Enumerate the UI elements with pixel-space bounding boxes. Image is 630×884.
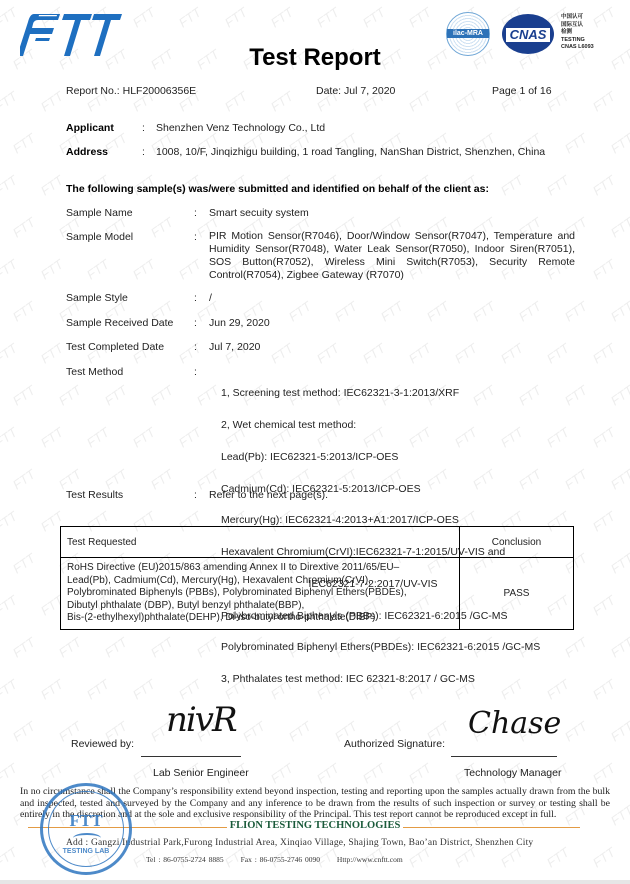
reviewer-role: Lab Senior Engineer: [153, 767, 249, 779]
sample-style-label: Sample Style: [66, 292, 128, 304]
page-number: Page 1 of 16: [492, 85, 552, 97]
cnas-icon: CNAS: [502, 14, 554, 54]
conclusion-cell: PASS: [460, 558, 574, 630]
method-line: 2, Wet chemical test method:: [221, 420, 540, 431]
method-line: 1, Screening test method: IEC62321-3-1:2…: [221, 388, 540, 399]
report-page: FTTFTTFTTFTTFTTFTTFTTFTTFTTFTTFTTFTTFTTF…: [0, 0, 630, 880]
sample-style-value: /: [209, 292, 212, 304]
completed-date-label: Test Completed Date: [66, 341, 164, 353]
table-row: RoHS Directive (EU)2015/863 amending Ann…: [61, 558, 574, 630]
reviewer-signature-line: [141, 756, 241, 757]
method-line: 3, Phthalates test method: IEC 62321-8:2…: [221, 674, 540, 685]
testing-lab-stamp-icon: FTT TESTING LAB: [40, 783, 132, 875]
sample-name-label: Sample Name: [66, 207, 133, 219]
test-results-label: Test Results: [66, 489, 123, 501]
company-fax: Fax : 86-0755-2746 0090: [241, 855, 320, 864]
reviewed-by-label: Reviewed by:: [71, 738, 134, 750]
address-value: 1008, 10/F, Jinqizhigu building, 1 road …: [156, 146, 545, 158]
test-requested-cell: RoHS Directive (EU)2015/863 amending Ann…: [61, 558, 460, 630]
test-results-value: Refer to the next page(s).: [209, 489, 328, 501]
header-test-requested: Test Requested: [61, 527, 460, 558]
header-conclusion: Conclusion: [460, 527, 574, 558]
ilac-mra-icon: ilac-MRA: [446, 12, 490, 56]
accreditation-marks: ilac-MRA CNAS 中国认可 国际互认 检测 TESTING CNAS …: [446, 12, 626, 62]
results-table: Test Requested Conclusion RoHS Directive…: [60, 526, 574, 630]
sample-model-value: PIR Motion Sensor(R7046), Door/Window Se…: [209, 230, 575, 282]
company-tel: Tel : 86-0755-2724 8885: [146, 855, 224, 864]
table-header-row: Test Requested Conclusion: [61, 527, 574, 558]
applicant-value: Shenzhen Venz Technology Co., Ltd: [156, 122, 325, 134]
address-label: Address: [66, 146, 108, 158]
authorized-role: Technology Manager: [464, 767, 561, 779]
cnas-accreditation-text: 中国认可 国际互认 检测 TESTING CNAS L6093: [561, 14, 594, 52]
company-contact: Tel : 86-0755-2724 8885 Fax : 86-0755-27…: [146, 855, 417, 864]
company-website: Http://www.cnftt.com: [337, 855, 403, 864]
received-date-value: Jun 29, 2020: [209, 317, 270, 329]
sample-model-label: Sample Model: [66, 231, 133, 243]
test-method-label: Test Method: [66, 366, 123, 378]
authorized-signature: Chase: [468, 706, 561, 741]
reviewer-signature: nivR: [166, 700, 236, 740]
company-address: Add : Gangzi Industrial Park,Furong Indu…: [66, 838, 626, 848]
authorized-signature-line: [451, 756, 557, 757]
applicant-label: Applicant: [66, 122, 114, 134]
sample-notice: The following sample(s) was/were submitt…: [66, 183, 489, 195]
completed-date-value: Jul 7, 2020: [209, 341, 260, 353]
method-line: Mercury(Hg): IEC62321-4:2013+A1:2017/ICP…: [221, 515, 540, 526]
report-number: Report No.: HLF20006356E: [66, 85, 196, 97]
method-line: Polybrominated Biphenyl Ethers(PBDEs): I…: [221, 642, 540, 653]
authorized-signature-label: Authorized Signature:: [344, 738, 445, 750]
received-date-label: Sample Received Date: [66, 317, 173, 329]
method-line: Lead(Pb): IEC62321-5:2013/ICP-OES: [221, 452, 540, 463]
sample-name-value: Smart secuity system: [209, 207, 309, 219]
report-date: Date: Jul 7, 2020: [316, 85, 395, 97]
